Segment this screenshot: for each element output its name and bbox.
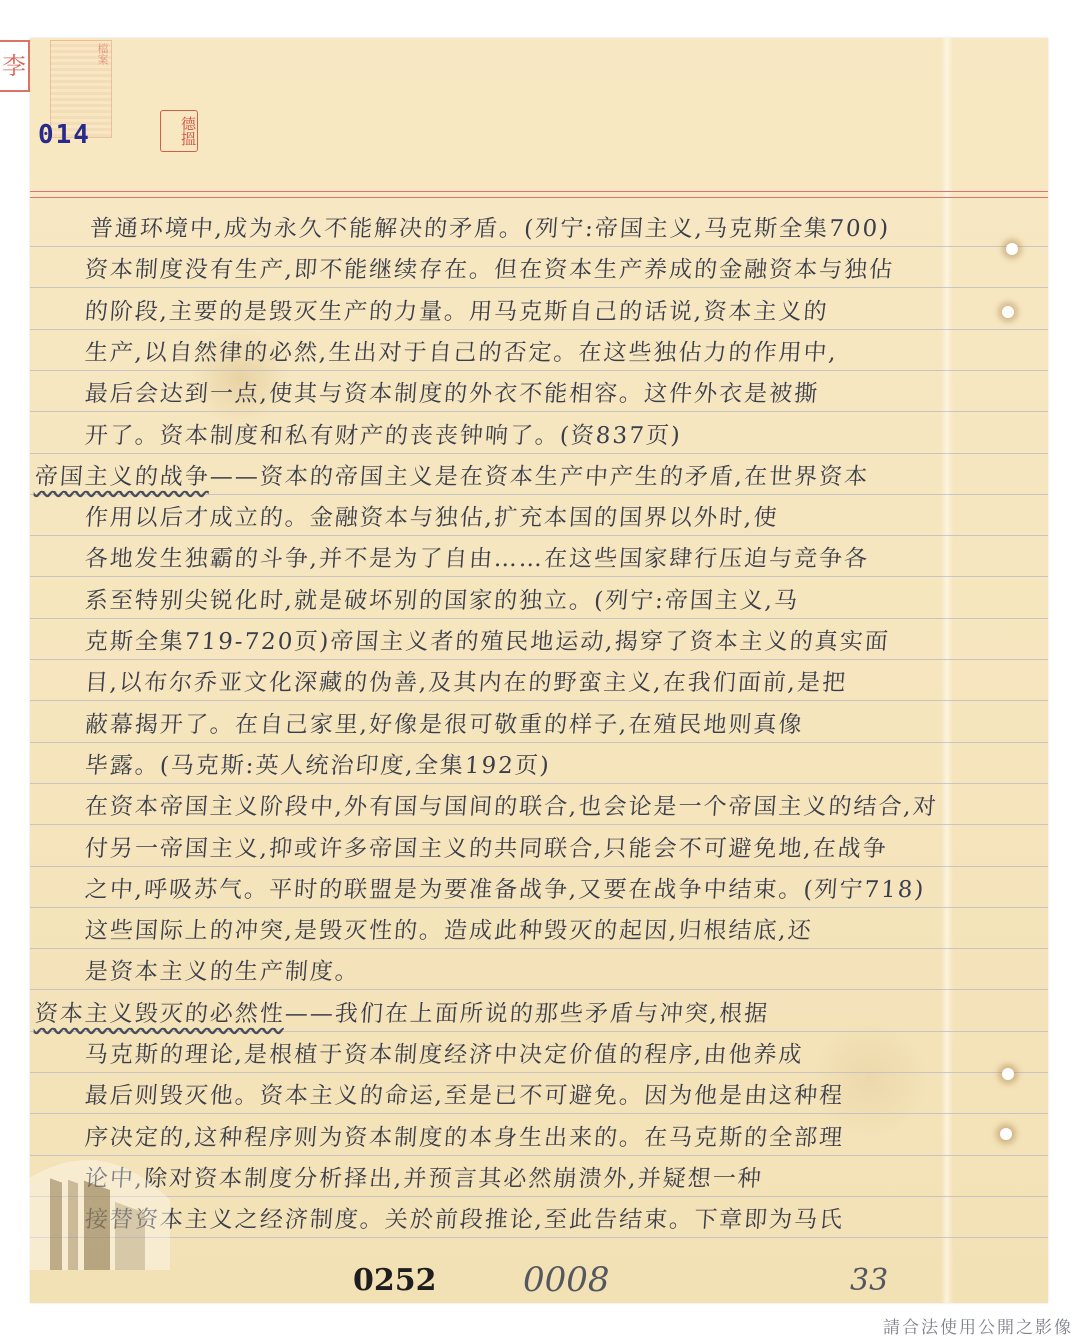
text-line: 马克斯的理论,是根植于资本制度经济中决定价值的程序,由他养成 [84, 1036, 805, 1069]
text-line: 付另一帝国主义,抑或许多帝国主义的共同联合,只能会不可避免地,在战争 [84, 830, 889, 863]
ruled-line [30, 287, 1048, 288]
ruled-line [30, 329, 1048, 330]
punch-hole [1002, 1068, 1014, 1080]
text-line: 克斯全集719-720页)帝国主义者的殖民地运动,揭穿了资本主义的真实面 [84, 623, 891, 656]
punch-hole [1002, 306, 1014, 318]
text-line: 这些国际上的冲突,是毁灭性的。造成此种毁灭的起因,归根结底,还 [84, 912, 814, 945]
ruled-line [30, 1113, 1048, 1114]
text-line: 序决定的,这种程序则为资本制度的本身生出来的。在马克斯的全部理 [84, 1119, 846, 1152]
section-heading: 资本主义毁灭的必然性 [34, 1001, 286, 1027]
text-line: 之中,呼吸苏气。平时的联盟是为要准备战争,又要在战争中结束。(列宁718) [84, 871, 927, 904]
ruled-line [30, 370, 1048, 371]
text-line: 普通环境中,成为永久不能解决的矛盾。(列宁:帝国主义,马克斯全集700) [89, 210, 892, 243]
ruled-line [30, 1237, 1048, 1238]
text-line: 作用以后才成立的。金融资本与独佔,扩充本国的国界以外时,使 [84, 499, 780, 532]
text-line: 接替资本主义之经济制度。关於前段推论,至此告结束。下章即为马氏 [84, 1201, 846, 1234]
ruled-line [30, 659, 1048, 660]
ruled-line [30, 907, 1048, 908]
text-line: 目,以布尔乔亚文化深藏的伪善,及其内在的野蛮主义,在我们面前,是把 [84, 664, 849, 697]
ruled-line [30, 246, 1048, 247]
text-line: 最后会达到一点,使其与资本制度的外衣不能相容。这件外衣是被撕 [84, 375, 821, 408]
ruled-line [30, 411, 1048, 412]
ruled-line [30, 453, 1048, 454]
red-margin-rule [30, 191, 1048, 198]
heading-continuation: ——我们在上面所说的那些矛盾与冲突,根据 [284, 1001, 770, 1027]
text-line: 论中,除对资本制度分析择出,并预言其必然崩溃外,并疑想一种 [84, 1160, 764, 1193]
heading-continuation: ——资本的帝国主义是在资本生产中产生的矛盾,在世界资本 [209, 464, 870, 490]
archive-watermark-logo [0, 1140, 170, 1270]
text-line: 是资本主义的生产制度。 [84, 953, 361, 986]
punch-hole [1000, 1128, 1012, 1140]
text-line: 各地发生独霸的斗争,并不是为了自由……在这些国家肆行压迫与竞争各 [84, 540, 871, 573]
section-heading-line: 资本主义毁灭的必然性——我们在上面所说的那些矛盾与冲突,根据 [34, 995, 771, 1028]
ruled-line [30, 1072, 1048, 1073]
ruled-line [30, 948, 1048, 949]
ruled-line [30, 742, 1048, 743]
text-line: 蔽幕揭开了。在自己家里,好像是很可敬重的样子,在殖民地则真像 [84, 706, 805, 739]
ruled-line [30, 783, 1048, 784]
page-number: 33 [850, 1263, 888, 1298]
text-line: 最后则毁灭他。资本主义的命运,至是已不可避免。因为他是由这种程 [84, 1077, 846, 1110]
ruled-line [30, 1031, 1048, 1032]
personal-seal: 德搵 [160, 110, 198, 152]
ruled-line [30, 494, 1048, 495]
punch-hole [1006, 243, 1018, 255]
text-line: 开了。资本制度和私有财产的丧丧钟响了。(资837页) [84, 417, 683, 450]
pencil-number: 0008 [523, 1260, 610, 1300]
ruled-line [30, 866, 1048, 867]
manuscript-page: 普通环境中,成为永久不能解决的矛盾。(列宁:帝国主义,马克斯全集700)资本制度… [30, 38, 1048, 1303]
section-heading: 帝国主义的战争 [34, 464, 211, 490]
ruled-line [30, 824, 1048, 825]
ruled-line [30, 700, 1048, 701]
ruled-line [30, 535, 1048, 536]
ruled-line [30, 576, 1048, 577]
serial-stamp: 014 [38, 120, 91, 150]
ruled-line [30, 1196, 1048, 1197]
text-line: 系至特别尖锐化时,就是破坏别的国家的独立。(列宁:帝国主义,马 [84, 582, 801, 615]
ruled-line [30, 989, 1048, 990]
archive-number: 0252 [353, 1263, 437, 1298]
text-line: 在资本帝国主义阶段中,外有国与国间的联合,也会论是一个帝国主义的结合,对 [84, 788, 939, 821]
surname-seal: 李 [0, 40, 30, 92]
text-line: 毕露。(马克斯:英人统治印度,全集192页) [84, 747, 552, 780]
text-line: 资本制度没有生产,即不能继续存在。但在资本生产养成的金融资本与独佔 [84, 251, 896, 284]
ruled-line [30, 618, 1048, 619]
ruled-line [30, 1155, 1048, 1156]
section-heading-line: 帝国主义的战争——资本的帝国主义是在资本生产中产生的矛盾,在世界资本 [34, 458, 871, 491]
text-line: 生产,以自然律的必然,生出对于自己的否定。在这些独佔力的作用中, [84, 334, 839, 367]
text-line: 的阶段,主要的是毁灭生产的力量。用马克斯自己的话说,资本主义的 [84, 293, 830, 326]
copyright-notice: 請合法使用公開之影像 [883, 1313, 1073, 1338]
